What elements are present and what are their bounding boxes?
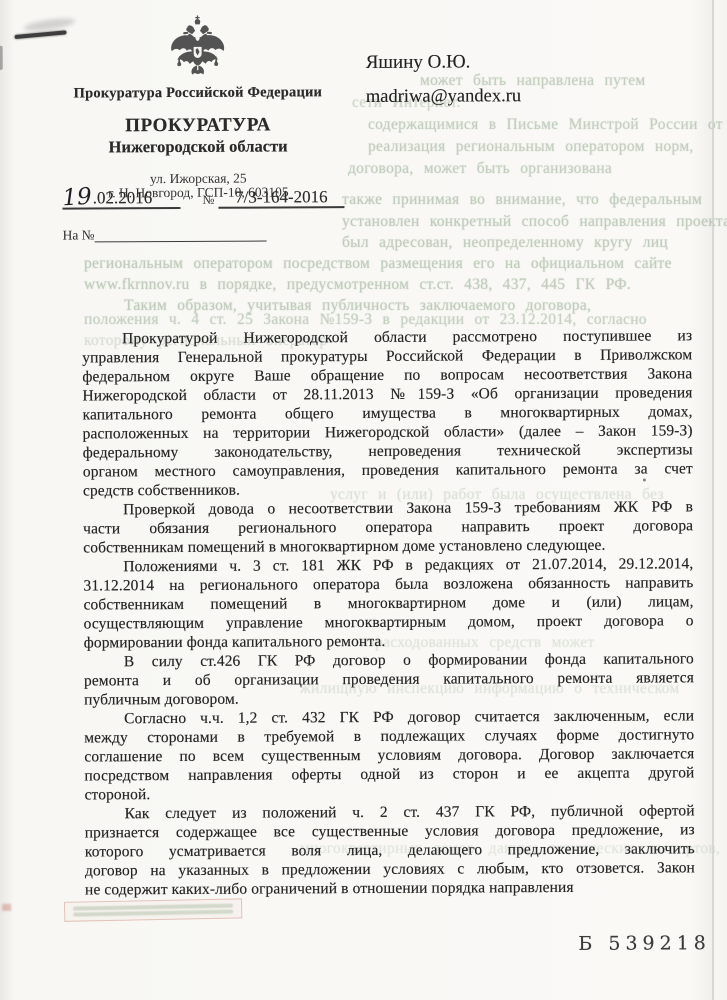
- body-line: договор на указанных в предложении услов…: [85, 858, 695, 880]
- body-paragraph: Согласно ч.ч. 1,2 ст. 432 ГК РФ договор …: [84, 706, 694, 804]
- body-line: осуществляющим управление многоквартирны…: [84, 611, 694, 633]
- body-line: не содержит каких-либо ограничений в отн…: [85, 877, 695, 899]
- reply-to-label: На №: [63, 227, 95, 242]
- body-paragraph: В силу ст.426 ГК РФ договор о формирован…: [84, 649, 694, 709]
- org-name: ПРОКУРАТУРА: [60, 114, 336, 137]
- date-number-line: 19 .02.2016 № 7/3-164-2016: [62, 186, 344, 209]
- addressee-name: Яшину О.Ю.: [366, 51, 521, 74]
- scan-content: Прокуратура Российской Федерации ПРОКУРА…: [0, 0, 727, 1000]
- body-line: ремонта и об организации проведения капи…: [84, 668, 694, 690]
- stamp-illegible-line: [73, 910, 233, 917]
- typed-date: .02.2016: [93, 189, 153, 207]
- body-paragraph: Как следует из положений ч. 2 ст. 437 ГК…: [85, 801, 695, 899]
- body-line: органом местного самоуправления, проведе…: [83, 459, 693, 481]
- number-sign: №: [202, 193, 214, 209]
- body-text: Прокуратурой Нижегородской области рассм…: [82, 326, 695, 899]
- stamp-speck: [2, 904, 11, 911]
- reply-to-line: На №: [63, 227, 267, 243]
- addressee-block: Яшину О.Ю. madriwa@yandex.ru: [366, 51, 522, 108]
- reply-to-blank: [95, 227, 267, 243]
- letterhead: Прокуратура Российской Федерации ПРОКУРА…: [59, 10, 336, 199]
- body-line: посредством направления оферты одной из …: [84, 763, 694, 785]
- scan-edge-line: [712, 0, 714, 1000]
- date-field: 19 .02.2016: [62, 187, 180, 210]
- scan-edge-mark: [0, 46, 3, 70]
- body-paragraph: Положениями ч. 3 ст. 181 ЖК РФ в редакци…: [83, 554, 693, 652]
- addressee-email: madriwa@yandex.ru: [366, 86, 521, 108]
- faint-inventory-stamp: [64, 898, 242, 921]
- russian-coat-of-arms-icon: [166, 15, 228, 79]
- org-region: Нижегородской области: [60, 136, 336, 157]
- body-paragraph: Прокуратурой Нижегородской области рассм…: [82, 326, 693, 500]
- outgoing-number: 7/3-164-2016: [218, 187, 344, 209]
- form-number: Б 539218: [578, 932, 711, 955]
- handwritten-day: 19: [62, 187, 92, 209]
- body-paragraph: Проверкой довода о несоответствии Закона…: [83, 497, 693, 557]
- org-country-line: Прокуратура Российской Федерации: [60, 84, 336, 102]
- scanned-letter-page: может быть направлена путемсети Интернет…: [0, 0, 727, 1000]
